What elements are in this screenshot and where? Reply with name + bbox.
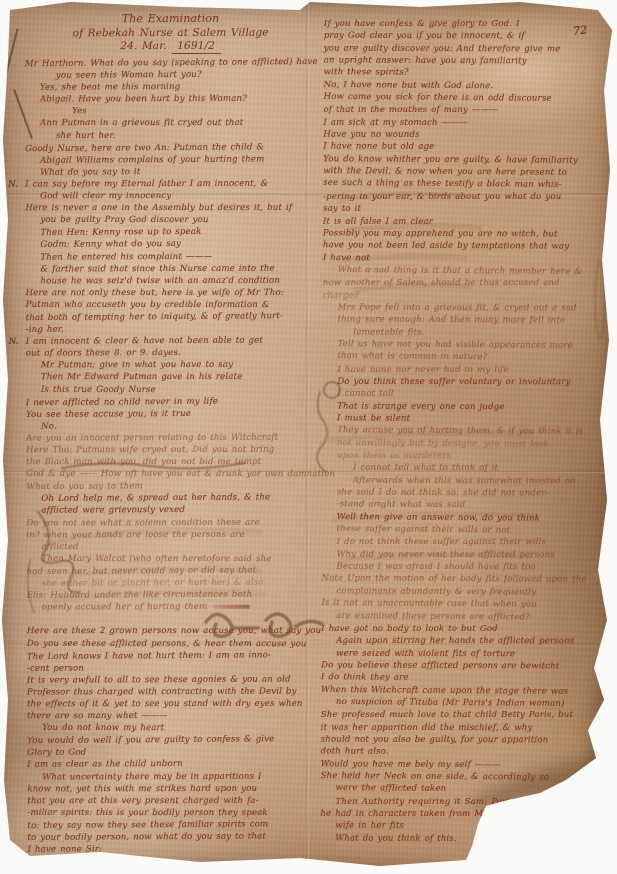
line-text: Mrs Pope fell into a grievous fit, & cry… (338, 303, 577, 314)
line-text: Afterwards when this was somewhat insist… (353, 475, 576, 486)
manuscript-line: the effects of it & yet to see you stand… (27, 698, 319, 711)
manuscript-line: It is all false I am clear (323, 215, 611, 228)
line-text: Are you an innocent person relating to t… (26, 433, 278, 444)
manuscript-line: Is this true Goody Nurse (26, 383, 318, 395)
manuscript-line: wife in her fits (320, 820, 608, 833)
line-text: of that in the mouthes of many ——— (323, 105, 498, 115)
line-text: with the Devil, & now when you are here … (323, 166, 567, 178)
manuscript-line: you are guilty discover you: And therefo… (324, 42, 612, 55)
line-text: Is this true Goody Nurse (41, 384, 156, 394)
manuscript-line: She professed much love to that child Be… (321, 709, 609, 721)
line-text: complainants abundantly & very frequentl… (336, 586, 536, 597)
line-text: When this Witchcraft came upon the stage… (321, 685, 568, 697)
line-text: that both of tempting her to iniquity, &… (26, 311, 283, 323)
line-text: she said I do not think so: she did not … (337, 487, 549, 498)
manuscript-line (27, 613, 319, 626)
margin-marker: N. (8, 178, 18, 190)
line-text: Then he entered his complaint ——— (40, 251, 212, 262)
manuscript-line: Here are these 2 grown persons now accus… (27, 625, 319, 637)
line-text: God & dye —— How oft have you eat & drun… (26, 469, 335, 479)
line-text: What uncertainty there may be in apparit… (42, 771, 261, 782)
line-text: Here are not only these but, here is ye … (26, 288, 284, 298)
line-text: & farther said that since this Nurse cam… (40, 263, 274, 274)
line-text: house he was seiz'd twise with an amaz'd… (40, 275, 280, 286)
manuscript-line: there are so many whet ——— (27, 710, 319, 722)
manuscript-line: Because I was afraid I should have fits … (321, 561, 609, 574)
line-text: Then Mr Edward Putman gave in his relate (41, 372, 243, 382)
line-text: the Black man with you, did you not bid … (26, 457, 261, 467)
line-text: charged (323, 290, 360, 300)
line-text: had seen her, but never could say or did… (26, 565, 256, 577)
manuscript-line: Here Tho: Putmans wife cryed out, Did yo… (26, 444, 318, 457)
line-text: these suffer against their wills or not (337, 524, 511, 535)
line-text: say to it (323, 204, 361, 214)
line-text: wife in her fits (335, 821, 404, 831)
line-text: Putman who accuseth you by credible info… (26, 300, 270, 310)
line-text: She professed much love to that child Be… (321, 710, 573, 720)
manuscript-line: Then Mr Edward Putman gave in his relate (26, 371, 318, 383)
line-text: Would you have me bely my self ——— (321, 759, 501, 770)
manuscript-line: Have you no wounds (323, 129, 611, 142)
line-text: Then Authority requiring it Sam: Paris r… (335, 797, 563, 807)
line-text: that you are at this very present charge… (27, 796, 258, 806)
manuscript-line: that you are at this very present charge… (27, 795, 319, 807)
line-text: Here are these 2 grown persons now accus… (27, 626, 322, 636)
manuscript-line: Are you an innocent person relating to t… (26, 431, 318, 444)
line-text: Yes (72, 107, 87, 117)
manuscript-line: should not you also be guilty, for your … (321, 734, 609, 747)
manuscript-line: Then Authority requiring it Sam: Paris r… (320, 796, 608, 808)
manuscript-line: Again upon stirring her hands the afflic… (321, 635, 609, 648)
line-text: It is very awfull to all to see these ag… (27, 674, 291, 685)
line-text: -miliar spirits: this is your bodily per… (27, 808, 267, 818)
manuscript-line: -miliar spirits: this is your bodily per… (27, 807, 319, 819)
manuscript-line: of that in the mouthes of many ——— (323, 104, 611, 116)
edge-shadow-bottom (10, 864, 450, 874)
line-text: you are guilty discover you: And therefo… (324, 43, 561, 54)
manuscript-line: Professor thus charged with contracting … (27, 685, 319, 698)
manuscript-line: I cannot tell (322, 388, 610, 401)
right-page-text: If you have confess & give glory to God.… (320, 17, 612, 845)
line-text: Do you see these afflicted persons, & he… (27, 638, 307, 648)
line-text: What do you say to it (40, 167, 140, 177)
line-text: Godm: Kenny what do you say (40, 239, 181, 250)
manuscript-line: Note Upon the motion of her body fits fo… (321, 573, 609, 587)
manuscript-line: afflicted (26, 541, 318, 553)
line-text: Goody Nurse, here are two An: Putman the… (25, 142, 264, 154)
line-text: to your bodily person, now what do you s… (27, 831, 266, 842)
line-text: -stand aright what was said (337, 500, 466, 511)
manuscript-line: I have none Sir: (27, 842, 319, 856)
line-text: doth hurt also. (321, 747, 389, 757)
manuscript-line: say to it (323, 203, 611, 216)
manuscript-line: pray God clear you if you be innocent, &… (324, 30, 612, 43)
line-text: How came you sick for there is an odd di… (323, 92, 551, 104)
line-text: know not, yet this with me strikes hard … (27, 783, 257, 793)
line-text: are examined these persons are afflicted… (336, 610, 530, 622)
line-text: You do know whither you are guilty, & ha… (323, 154, 578, 165)
manuscript-line: Yes (25, 105, 317, 118)
heading-date-prefix: 24. Mar. (120, 40, 171, 52)
line-text: Is it not an unaccountable case that whe… (321, 598, 537, 610)
line-text: no suspicion of Tituba (Mr Paris's India… (336, 697, 565, 709)
line-text: Then Hen: Kenny rose up to speak (40, 227, 201, 238)
line-text: That is strange every one can judge (337, 401, 504, 412)
manuscript-line: Do you think these suffer voluntary or i… (322, 376, 610, 389)
line-text: What do you say to them (26, 482, 143, 493)
line-text: she hurt her. (56, 130, 116, 140)
line-text: I do not think these suffer against thei… (337, 537, 547, 547)
manuscript-line: Here are not only these but, here is ye … (26, 287, 318, 299)
line-text: She held her Neck on one side, & accordi… (320, 771, 549, 783)
line-text: see such a thing as these testify a blac… (323, 178, 561, 190)
line-text: not unwillingly but by designe, you must… (337, 438, 549, 450)
manuscript-line: I do not think these suffer against thei… (322, 536, 610, 548)
line-text: with these spirits? (324, 68, 409, 78)
heading-title: The Examination (25, 11, 317, 26)
line-text: there are so many whet ——— (27, 711, 168, 721)
manuscript-line: What do you think of this. (320, 832, 608, 846)
line-text: Do you think these suffer voluntary or i… (337, 377, 570, 387)
manuscript-line: are examined these persons are afflicted… (321, 609, 609, 624)
line-text: I have none Sir: (27, 844, 102, 854)
margin-marker: N. (9, 336, 19, 348)
manuscript-line: I have none nor never had in my life (322, 364, 610, 376)
manuscript-line: Mrs Pope fell into a grievous fit, & cry… (323, 301, 611, 314)
line-text: the effects of it & yet to see you stand… (27, 699, 303, 710)
manuscript-line: than what is common in nature? (322, 350, 610, 365)
manuscript-line: Here is never a one in the Assembly but … (25, 202, 317, 214)
manuscript-line: N.I can say before my Eternal father I a… (25, 177, 317, 190)
line-text: Tell us have not you had visible appeara… (337, 339, 572, 351)
line-text: Yes, she beat me this morning (40, 82, 181, 93)
heading-date: 24. Mar. 1691/2 (25, 39, 317, 53)
manuscript-line: were the afflicted taken (320, 782, 608, 797)
manuscript-line: Then Mary Walcot (who often heretofore s… (26, 553, 318, 565)
right-page-column: If you have confess & give glory to God.… (320, 17, 612, 845)
line-text: I have none but old age (323, 142, 434, 152)
manuscript-line: doth hurt also. (321, 746, 609, 760)
line-text: No, I have none but with God alone. (323, 80, 493, 91)
line-text: I must be silent (337, 413, 410, 423)
manuscript-line: in? when your hands are loose the person… (26, 528, 318, 541)
line-text: I am innocent & clear & have not been ab… (26, 336, 263, 347)
line-text: I do think they are (321, 672, 409, 683)
manuscript-line: charged (323, 289, 611, 302)
manuscript-line: Ann Putman in a grievous fit cryed out t… (25, 117, 317, 129)
paper-sheet: 72 The Examination of Rebekah Nurse at S… (0, 0, 617, 874)
heading-subtitle: of Rebekah Nurse at Salem Village (25, 25, 317, 40)
manuscript-line: house he was seiz'd twise with an amaz'd… (25, 274, 317, 287)
line-text: No. (41, 421, 57, 431)
line-text: I can say before my Eternal father I am … (25, 179, 268, 190)
manuscript-line: see such a thing as these testify a blac… (323, 177, 611, 192)
line-text: Elis: Hubbard under the like circumstanc… (27, 590, 253, 601)
line-text: God will clear my innocency (40, 191, 171, 201)
line-text: What a sad thing is it that a church mem… (338, 265, 582, 277)
line-text: What do you think of this. (335, 833, 457, 844)
line-text: You see these accuse you, is it true (26, 409, 191, 420)
line-text: I am as clear as the child unborn (27, 759, 183, 770)
manuscript-line: Afterwards when this was somewhat insist… (322, 474, 610, 487)
manuscript-line: know not, yet this with me strikes hard … (27, 782, 319, 795)
line-text: you seen this Woman hurt you? (56, 70, 202, 81)
line-text: she either bit or pincht her, or hurt he… (41, 577, 263, 588)
line-text: You would do well if you are guilty to c… (27, 734, 274, 746)
line-text: The Lord knows I have not hurt them: I a… (27, 650, 271, 662)
manuscript-line: Do you not see what a solemn condition t… (26, 516, 318, 529)
pink-strike-mark (213, 604, 249, 608)
line-text: it was her apparition did the mischief, … (321, 722, 533, 732)
line-text: -cent person (27, 663, 84, 673)
manuscript-line: & farther said that since this Nurse cam… (25, 262, 317, 275)
manuscript-line: I have got no body to look to but God (321, 623, 609, 635)
line-text: afflicted were grievously vexed (41, 505, 185, 516)
line-text: thing sure enough: And then many more fe… (337, 315, 565, 326)
manuscript-line: he had in characters taken from Mr Tho: … (320, 808, 608, 821)
line-text: Do you believe these afflicted persons a… (321, 660, 559, 671)
manuscript-line: were seized with violent fits of torture (321, 647, 609, 660)
manuscript-line: -pering in your ear, & birds about you w… (323, 191, 611, 203)
manuscript-line: Mr Putman: give in what you have to say (26, 359, 318, 372)
line-text: Do you not see what a solemn condition t… (26, 517, 259, 528)
manuscript-line: now another of Salem, should be thus acc… (323, 277, 611, 289)
line-text: Mr Harthorn. What do you say (speaking t… (25, 57, 318, 69)
manuscript-line: have you not been led aside by temptatio… (323, 239, 611, 253)
line-text: an upright answer: have you any familiar… (324, 55, 527, 66)
line-text: Ann Putman in a grievous fit cryed out t… (40, 118, 243, 128)
line-text: You do not know my heart (42, 723, 164, 733)
line-text: now another of Salem, should be thus acc… (323, 278, 560, 288)
left-page-column: The Examination of Rebekah Nurse at Sale… (25, 11, 320, 855)
line-text: Note Upon the motion of her body fits fo… (321, 574, 586, 585)
line-text: pray God clear you if you be innocent, &… (324, 31, 525, 41)
line-text: in? when your hands are loose the person… (26, 530, 244, 540)
manuscript-line: she hurt her. (25, 129, 317, 141)
line-text: should not you also be guilty, for your … (321, 735, 549, 746)
line-text: have you not been led aside by temptatio… (323, 240, 569, 251)
line-text: lamentable fits. (353, 327, 424, 337)
heading-date-value: 1691/2 (171, 40, 221, 54)
line-text: were the afflicted taken (335, 783, 446, 794)
line-text: I have not (323, 253, 370, 263)
manuscript-line: I am sick at my stomach ——— (323, 117, 611, 130)
line-text: Here is never a one in the Assembly but … (25, 203, 292, 213)
line-text: out of doors these 8. or 9. dayes. (26, 348, 181, 359)
manuscript-line: God will clear my innocency (25, 190, 317, 203)
manuscript-line: Why did you never visit these afflicted … (321, 549, 609, 562)
line-text: upon them as murderers (337, 451, 451, 461)
line-text: to: they say now they see these familiar… (27, 819, 268, 831)
line-text: you be guilty Pray God discover you (40, 215, 208, 225)
line-text: Because I was afraid I should have fits … (336, 562, 535, 573)
line-text: Oh Lord help me, & spread out her hands,… (41, 493, 270, 504)
line-text: were seized with violent fits of torture (336, 648, 515, 659)
line-text: Well then give an answer now, do you thi… (337, 512, 541, 523)
line-text: Abigail. Have you been hurt by this Woma… (40, 94, 247, 105)
line-text: Have you no wounds (323, 130, 419, 140)
manuscript-line: upon them as murderers (322, 450, 610, 462)
line-text: Then Mary Walcot (who often heretofore s… (41, 554, 271, 564)
manuscript-line: Godm: Kenny what do you say (25, 237, 317, 251)
line-text: -ing her. (26, 325, 64, 335)
manuscript-line: thing sure enough: And then many more fe… (322, 314, 610, 328)
line-text: I have got no body to look to but God (321, 624, 498, 634)
line-text: Mr Putman: give in what you have to say (41, 360, 233, 370)
line-text: Again upon stirring her hands the afflic… (336, 636, 574, 646)
document-heading: The Examination of Rebekah Nurse at Sale… (25, 11, 317, 53)
line-text: Abigail Williams complains of your hurti… (40, 154, 264, 165)
line-text: Professor thus charged with contracting … (27, 686, 297, 697)
line-text: openly accused her of hurting them (42, 602, 208, 613)
line-text: than what is common in nature? (337, 351, 487, 362)
manuscript-photo: 72 The Examination of Rebekah Nurse at S… (0, 0, 617, 874)
manuscript-line: I have none but old age (323, 141, 611, 155)
line-text: Why did you never visit these afflicted … (336, 550, 554, 560)
manuscript-line: I cannot tell what to think of it (322, 462, 610, 475)
line-text: They accuse you of hurting them, & if yo… (337, 425, 583, 437)
line-text: Possibly you may apprehend you are no wi… (323, 228, 558, 239)
manuscript-line: Do you see these afflicted persons, & he… (27, 637, 319, 649)
line-text: If you have confess & give glory to God.… (324, 19, 520, 29)
line-text: It is all false I am clear (323, 216, 433, 226)
line-text: I cannot tell what to think of it (353, 463, 498, 473)
line-text: -pering in your ear, & birds about you w… (323, 192, 561, 202)
left-page-text: Mr Harthorn. What do you say (speaking t… (25, 56, 320, 855)
line-text: he had in characters taken from Mr Tho: … (320, 809, 554, 819)
line-text: I have none nor never had in my life (337, 365, 508, 375)
line-text: I never afflicted no child never in my l… (26, 396, 218, 407)
manuscript-line: What uncertainty there may be in apparit… (27, 770, 319, 783)
manuscript-line: the Black man with you, did you not bid … (26, 456, 318, 468)
manuscript-line: it was her apparition did the mischief, … (321, 721, 609, 734)
line-text: I cannot tell (337, 389, 394, 399)
line-text: Glory to God (27, 748, 86, 758)
manuscript-line: If you have confess & give glory to God.… (324, 18, 612, 30)
line-text: Here Tho: Putmans wife cryed out, Did yo… (26, 445, 274, 456)
line-text: afflicted (41, 542, 78, 552)
line-text: I am sick at my stomach ——— (323, 118, 467, 128)
